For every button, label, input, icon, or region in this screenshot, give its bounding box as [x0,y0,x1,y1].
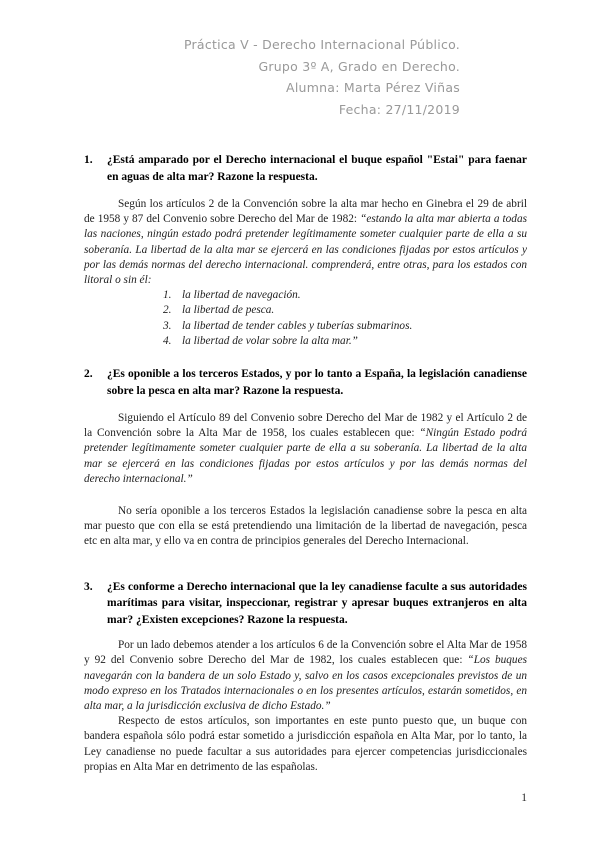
header-line-group: Grupo 3º A, Grado en Derecho. [84,56,460,78]
question-2: 2. ¿Es oponible a los terceros Estados, … [84,366,527,550]
list-item: 3.la libertad de tender cables y tubería… [163,319,527,334]
body-text: Por un lado debemos atender a los artícu… [84,639,527,666]
document-header: Práctica V - Derecho Internacional Públi… [84,34,460,120]
paragraph: Por un lado debemos atender a los artícu… [84,638,527,714]
document-page: Práctica V - Derecho Internacional Públi… [0,0,600,848]
paragraph: No sería oponible a los terceros Estados… [84,504,527,550]
document-body: 1. ¿Está amparado por el Derecho interna… [84,152,527,775]
list-item-number: 3. [163,319,182,334]
list-item: 2.la libertad de pesca. [163,303,527,318]
header-line-date: Fecha: 27/11/2019 [84,99,460,121]
question-3: 3. ¿Es conforme a Derecho internacional … [84,579,527,775]
list-item-text: la libertad de volar sobre la alta mar.” [182,335,358,347]
question-number: 3. [84,579,93,596]
list-item-number: 2. [163,303,182,318]
header-line-student: Alumna: Marta Pérez Viñas [84,77,460,99]
question-title: ¿Es conforme a Derecho internacional que… [107,581,527,626]
header-line-course: Práctica V - Derecho Internacional Públi… [84,34,460,56]
body-text: No sería oponible a los terceros Estados… [84,505,527,547]
page-number: 1 [521,792,527,804]
question-title: ¿Es oponible a los terceros Estados, y p… [107,368,527,397]
question-number: 1. [84,152,93,169]
question-number: 2. [84,366,93,383]
list-item-number: 1. [163,288,182,303]
list-item-number: 4. [163,334,182,349]
paragraph: Según los artículos 2 de la Convención s… [84,197,527,288]
list-item-text: la libertad de tender cables y tuberías … [182,320,412,332]
question-2-heading: 2. ¿Es oponible a los terceros Estados, … [84,366,527,399]
list-item-text: la libertad de pesca. [182,304,274,316]
list-item: 4.la libertad de volar sobre la alta mar… [163,334,527,349]
question-3-heading: 3. ¿Es conforme a Derecho internacional … [84,579,527,629]
list-item-text: la libertad de navegación. [182,289,301,301]
freedoms-list: 1.la libertad de navegación. 2.la libert… [163,288,527,349]
paragraph: Respecto de estos artículos, son importa… [84,714,527,775]
question-1: 1. ¿Está amparado por el Derecho interna… [84,152,527,349]
question-1-heading: 1. ¿Está amparado por el Derecho interna… [84,152,527,185]
list-item: 1.la libertad de navegación. [163,288,527,303]
question-title: ¿Está amparado por el Derecho internacio… [107,154,527,183]
paragraph: Siguiendo el Artículo 89 del Convenio so… [84,411,527,487]
body-text: Respecto de estos artículos, son importa… [84,715,527,773]
